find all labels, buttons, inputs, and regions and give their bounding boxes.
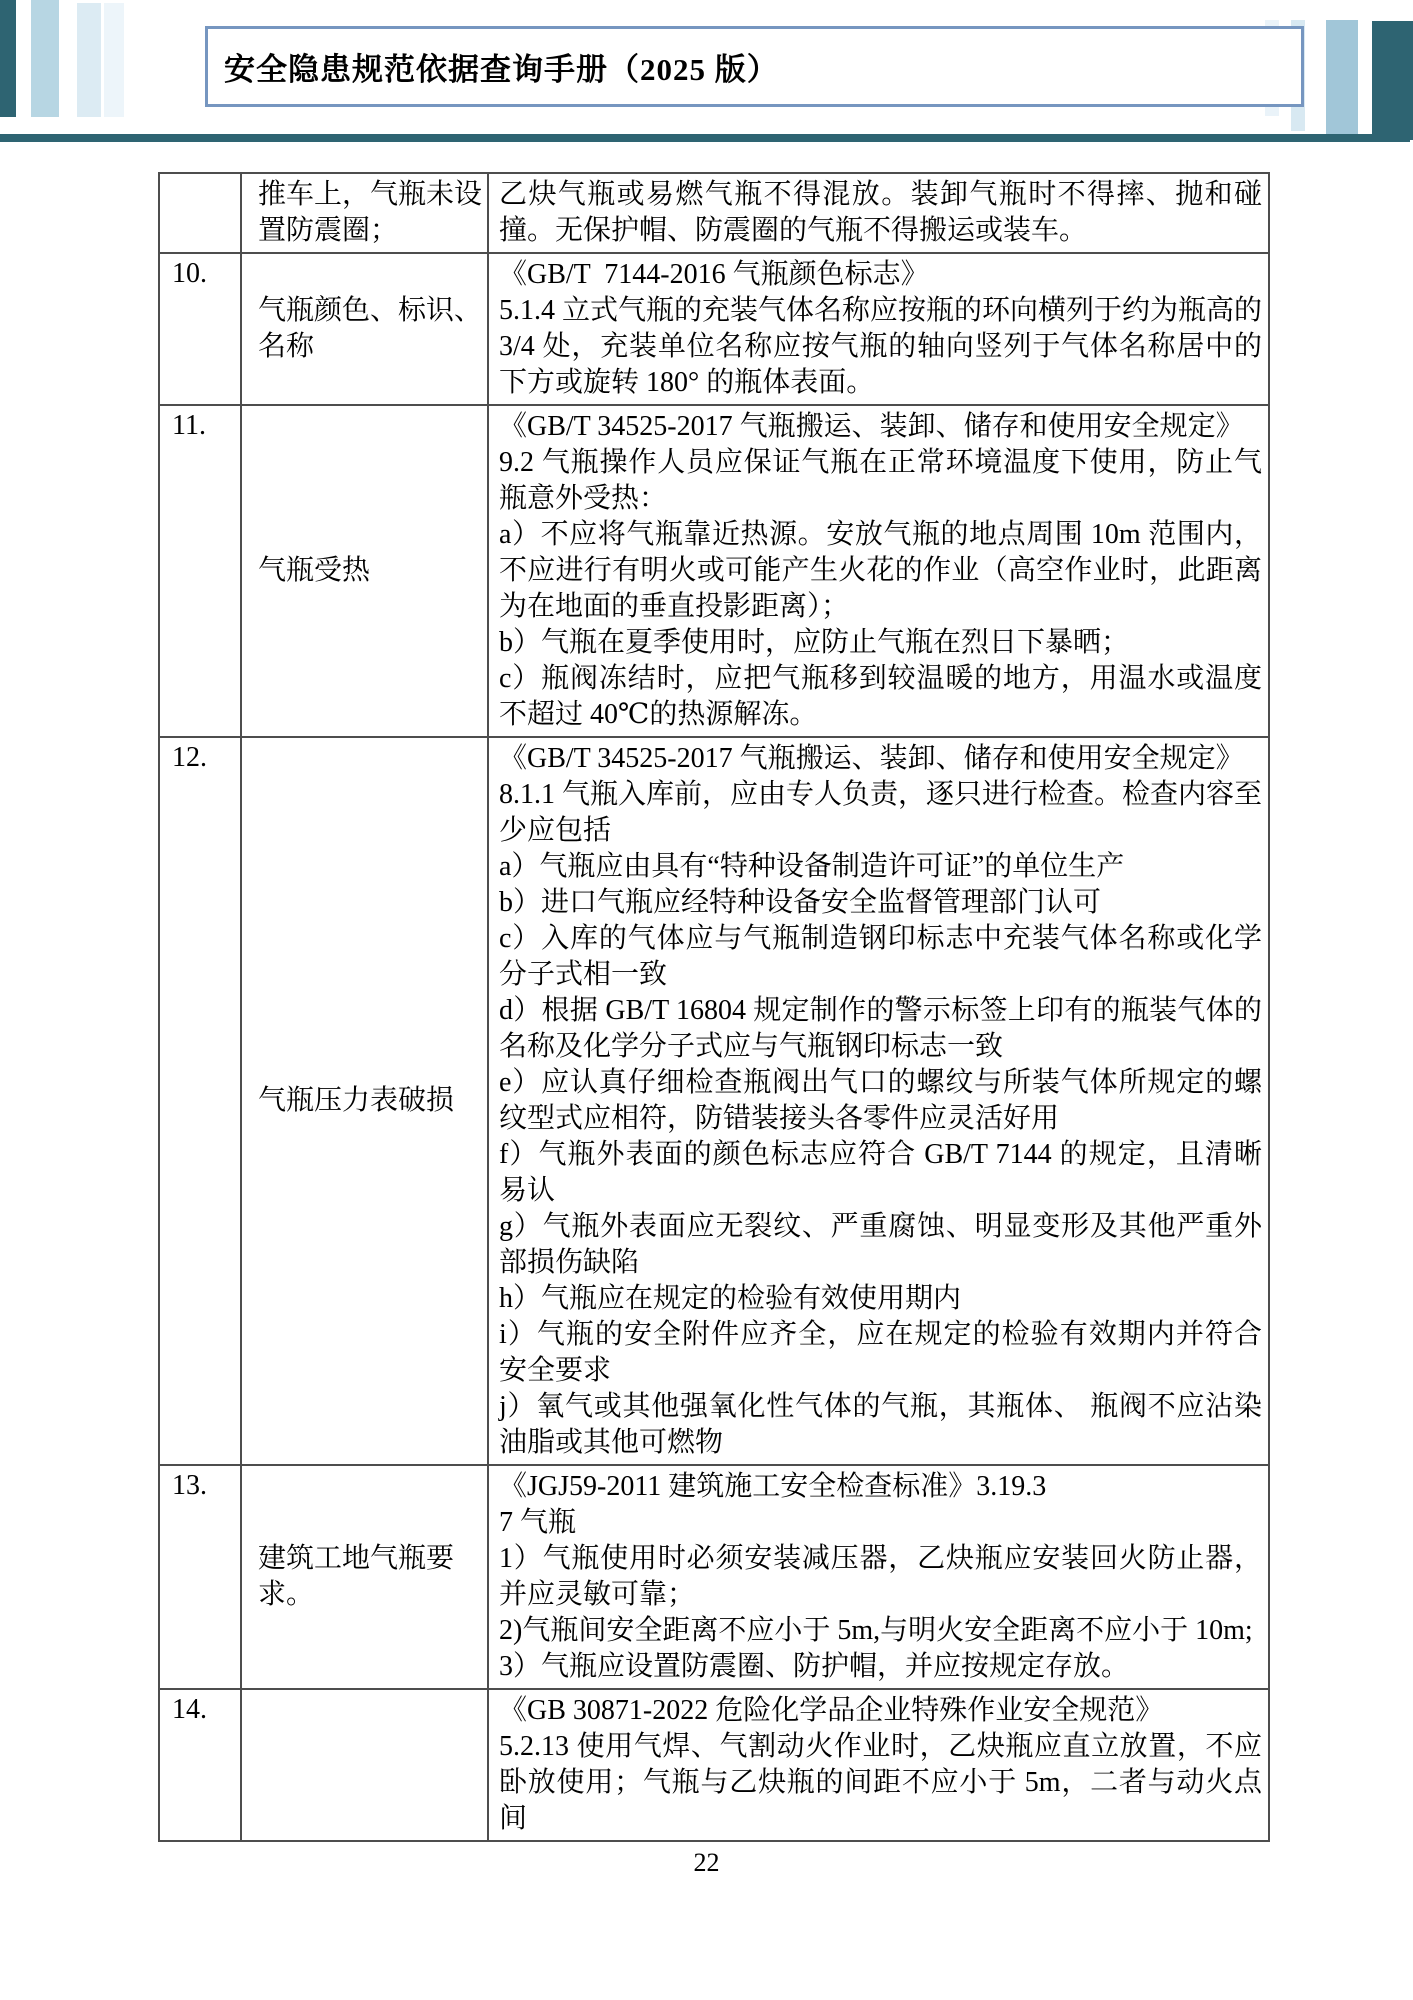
regulation-text-cell: 《GB/T 34525-2017 气瓶搬运、装卸、储存和使用安全规定》 9.2 …	[488, 405, 1269, 737]
regulation-text-cell: 乙炔气瓶或易燃气瓶不得混放。装卸气瓶时不得摔、抛和碰撞。无保护帽、防震圈的气瓶不…	[488, 173, 1269, 253]
table-row: 推车上，气瓶未设置防震圈； 乙炔气瓶或易燃气瓶不得混放。装卸气瓶时不得摔、抛和碰…	[159, 173, 1269, 253]
table-row: 11. 气瓶受热 《GB/T 34525-2017 气瓶搬运、装卸、储存和使用安…	[159, 405, 1269, 737]
hazard-category-cell: 气瓶受热	[241, 405, 488, 737]
row-number-cell: 14.	[159, 1689, 241, 1841]
hazard-category-cell: 气瓶颜色、标识、名称	[241, 253, 488, 405]
hazard-category-cell: 推车上，气瓶未设置防震圈；	[241, 173, 488, 253]
hazard-category-cell: 建筑工地气瓶要求。	[241, 1465, 488, 1689]
header-divider-rule	[0, 134, 1410, 142]
row-number-cell: 10.	[159, 253, 241, 405]
deco-bar-left-light	[31, 0, 59, 117]
hazard-category-cell: 气瓶压力表破损	[241, 737, 488, 1465]
row-number-cell	[159, 173, 241, 253]
deco-bar-left-lighter	[77, 3, 101, 117]
regulation-text-cell: 《GB 30871-2022 危险化学品企业特殊作业安全规范》 5.2.13 使…	[488, 1689, 1269, 1841]
row-number-cell: 11.	[159, 405, 241, 737]
table-row: 14. 《GB 30871-2022 危险化学品企业特殊作业安全规范》 5.2.…	[159, 1689, 1269, 1841]
document-title-box: 安全隐患规范依据查询手册（2025 版）	[205, 26, 1304, 107]
page-number: 22	[0, 1848, 1413, 1878]
regulation-text-cell: 《GB/T 7144-2016 气瓶颜色标志》 5.1.4 立式气瓶的充装气体名…	[488, 253, 1269, 405]
row-number-cell: 13.	[159, 1465, 241, 1689]
regulation-text-cell: 《JGJ59-2011 建筑施工安全检查标准》3.19.3 7 气瓶 1）气瓶使…	[488, 1465, 1269, 1689]
table-row: 13. 建筑工地气瓶要求。 《JGJ59-2011 建筑施工安全检查标准》3.1…	[159, 1465, 1269, 1689]
deco-bar-left-dark	[0, 0, 16, 117]
deco-bar-left-lightest	[104, 3, 124, 117]
hazard-category-cell	[241, 1689, 488, 1841]
deco-bar-right-dark	[1372, 21, 1413, 140]
deco-bar-right-medium	[1326, 20, 1358, 138]
document-title: 安全隐患规范依据查询手册（2025 版）	[208, 44, 779, 89]
regulation-text-cell: 《GB/T 34525-2017 气瓶搬运、装卸、储存和使用安全规定》 8.1.…	[488, 737, 1269, 1465]
row-number-cell: 12.	[159, 737, 241, 1465]
table-row: 12. 气瓶压力表破损 《GB/T 34525-2017 气瓶搬运、装卸、储存和…	[159, 737, 1269, 1465]
regulation-table: 推车上，气瓶未设置防震圈； 乙炔气瓶或易燃气瓶不得混放。装卸气瓶时不得摔、抛和碰…	[158, 172, 1270, 1842]
table-row: 10. 气瓶颜色、标识、名称 《GB/T 7144-2016 气瓶颜色标志》 5…	[159, 253, 1269, 405]
